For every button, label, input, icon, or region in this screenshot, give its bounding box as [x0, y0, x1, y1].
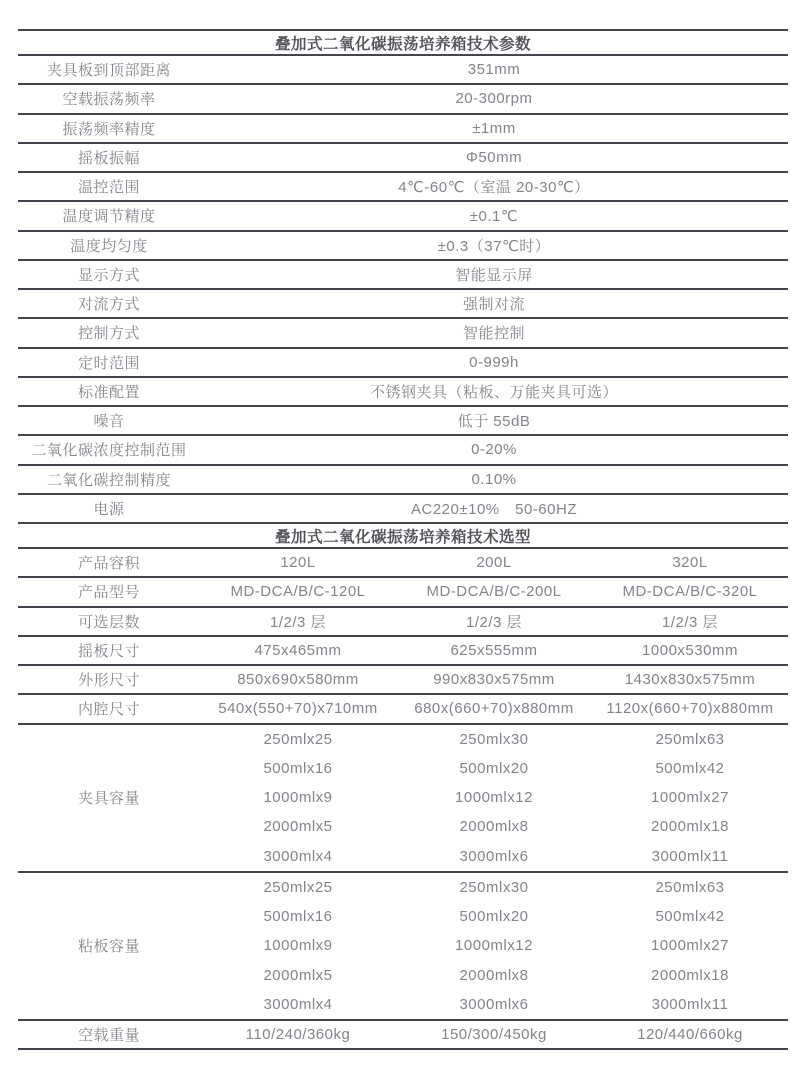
capacity-line: 500mlx20: [396, 754, 592, 783]
capacity-line: 2000mlx8: [396, 961, 592, 990]
spec-label: 对流方式: [18, 293, 200, 314]
weight-320l: 120/440/660kg: [592, 1026, 788, 1043]
spec-row: 振荡频率精度 ±1mm: [18, 115, 788, 144]
selection-label: 空载重量: [18, 1024, 200, 1045]
capacity-line: 3000mlx6: [396, 990, 592, 1019]
plate-capacity-group-row: 粘板容量 250mlx25 500mlx16 1000mlx9 2000mlx5…: [18, 873, 788, 1021]
spec-label: 控制方式: [18, 322, 200, 343]
spec-row: 摇板振幅 Φ50mm: [18, 144, 788, 173]
plate-capacity-320l: 250mlx63 500mlx42 1000mlx27 2000mlx18 30…: [592, 873, 788, 1019]
jig-capacity-group-row: 夹具容量 250mlx25 500mlx16 1000mlx9 2000mlx5…: [18, 725, 788, 873]
capacity-line: 3000mlx11: [592, 990, 788, 1019]
spec-value: 0-20%: [200, 441, 788, 458]
spec-value: 0.10%: [200, 471, 788, 488]
capacity-line: 250mlx25: [200, 873, 396, 902]
params-table-title-row: 叠加式二氧化碳振荡培养箱技术参数: [18, 31, 788, 56]
spec-row: 对流方式 强制对流: [18, 290, 788, 319]
selection-row: 产品容积 120L 200L 320L: [18, 549, 788, 578]
capacity-line: 500mlx42: [592, 902, 788, 931]
spec-label: 空载振荡频率: [18, 88, 200, 109]
capacity-line: 250mlx25: [200, 725, 396, 754]
capacity-line: 2000mlx8: [396, 812, 592, 841]
selection-value-320l: 1/2/3 层: [592, 611, 788, 632]
spec-row: 空载振荡频率 20-300rpm: [18, 85, 788, 114]
capacity-line: 500mlx16: [200, 902, 396, 931]
selection-label: 粘板容量: [18, 935, 200, 956]
spec-label: 二氧化碳浓度控制范围: [18, 439, 200, 460]
capacity-line: 250mlx63: [592, 725, 788, 754]
selection-value-320l: 1430x830x575mm: [592, 671, 788, 688]
capacity-line: 2000mlx5: [200, 812, 396, 841]
spec-label: 电源: [18, 498, 200, 519]
capacity-line: 3000mlx11: [592, 842, 788, 871]
spec-value: ±0.3（37℃时）: [200, 235, 788, 256]
spec-row: 温控范围 4℃-60℃（室温 20-30℃）: [18, 173, 788, 202]
spec-value: 351mm: [200, 61, 788, 78]
selection-label: 夹具容量: [18, 787, 200, 808]
spec-label: 标准配置: [18, 381, 200, 402]
weight-row: 空载重量 110/240/360kg 150/300/450kg 120/440…: [18, 1021, 788, 1050]
jig-capacity-320l: 250mlx63 500mlx42 1000mlx27 2000mlx18 30…: [592, 725, 788, 871]
selection-label: 摇板尺寸: [18, 640, 200, 661]
selection-value-320l: 1120x(660+70)x880mm: [592, 700, 788, 717]
selection-value-120l: MD-DCA/B/C-120L: [200, 583, 396, 600]
selection-label: 可选层数: [18, 611, 200, 632]
spec-row: 夹具板到顶部距离 351mm: [18, 56, 788, 85]
spec-label: 温度均匀度: [18, 235, 200, 256]
spec-label: 定时范围: [18, 352, 200, 373]
selection-value-320l: MD-DCA/B/C-320L: [592, 583, 788, 600]
selection-row: 摇板尺寸 475x465mm 625x555mm 1000x530mm: [18, 637, 788, 666]
spec-label: 夹具板到顶部距离: [18, 59, 200, 80]
capacity-line: 2000mlx5: [200, 961, 396, 990]
capacity-line: 3000mlx4: [200, 990, 396, 1019]
spec-value: 低于 55dB: [200, 410, 788, 431]
capacity-line: 250mlx30: [396, 873, 592, 902]
spec-value: AC220±10% 50-60HZ: [200, 498, 788, 519]
params-table-title: 叠加式二氧化碳振荡培养箱技术参数: [275, 32, 531, 54]
spec-value: 不锈钢夹具（粘板、万能夹具可选）: [200, 381, 788, 402]
spec-label: 摇板振幅: [18, 147, 200, 168]
spec-value: 强制对流: [200, 293, 788, 314]
selection-value-120l: 850x690x580mm: [200, 671, 396, 688]
capacity-line: 250mlx63: [592, 873, 788, 902]
selection-row: 可选层数 1/2/3 层 1/2/3 层 1/2/3 层: [18, 608, 788, 637]
capacity-line: 1000mlx27: [592, 931, 788, 960]
spec-value: ±0.1℃: [200, 207, 788, 225]
spec-row: 定时范围 0-999h: [18, 349, 788, 378]
spec-sheet: 叠加式二氧化碳振荡培养箱技术参数 夹具板到顶部距离 351mm 空载振荡频率 2…: [18, 29, 788, 1050]
spec-row: 电源 AC220±10% 50-60HZ: [18, 495, 788, 524]
selection-value-120l: 120L: [200, 554, 396, 571]
selection-table-title: 叠加式二氧化碳振荡培养箱技术选型: [275, 525, 531, 547]
spec-value: 0-999h: [200, 354, 788, 371]
spec-label: 显示方式: [18, 264, 200, 285]
selection-value-320l: 320L: [592, 554, 788, 571]
spec-row: 二氧化碳控制精度 0.10%: [18, 466, 788, 495]
capacity-line: 500mlx16: [200, 754, 396, 783]
capacity-line: 2000mlx18: [592, 812, 788, 841]
selection-row: 外形尺寸 850x690x580mm 990x830x575mm 1430x83…: [18, 666, 788, 695]
selection-value-320l: 1000x530mm: [592, 642, 788, 659]
spec-label: 二氧化碳控制精度: [18, 469, 200, 490]
selection-value-120l: 540x(550+70)x710mm: [200, 700, 396, 717]
spec-value: 4℃-60℃（室温 20-30℃）: [200, 176, 788, 197]
capacity-line: 1000mlx12: [396, 783, 592, 812]
spec-label: 温控范围: [18, 176, 200, 197]
selection-value-200l: 680x(660+70)x880mm: [396, 700, 592, 717]
selection-value-200l: MD-DCA/B/C-200L: [396, 583, 592, 600]
capacity-line: 250mlx30: [396, 725, 592, 754]
capacity-line: 3000mlx4: [200, 842, 396, 871]
weight-120l: 110/240/360kg: [200, 1026, 396, 1043]
spec-row: 控制方式 智能控制: [18, 319, 788, 348]
capacity-line: 3000mlx6: [396, 842, 592, 871]
plate-capacity-200l: 250mlx30 500mlx20 1000mlx12 2000mlx8 300…: [396, 873, 592, 1019]
selection-value-200l: 990x830x575mm: [396, 671, 592, 688]
spec-value: Φ50mm: [200, 149, 788, 166]
spec-value: 20-300rpm: [200, 90, 788, 107]
selection-value-120l: 1/2/3 层: [200, 611, 396, 632]
capacity-line: 500mlx42: [592, 754, 788, 783]
capacity-line: 2000mlx18: [592, 961, 788, 990]
capacity-line: 500mlx20: [396, 902, 592, 931]
selection-label: 产品容积: [18, 552, 200, 573]
selection-label: 外形尺寸: [18, 669, 200, 690]
spec-label: 噪音: [18, 410, 200, 431]
selection-value-120l: 475x465mm: [200, 642, 396, 659]
spec-label: 温度调节精度: [18, 205, 200, 226]
spec-row: 标准配置 不锈钢夹具（粘板、万能夹具可选）: [18, 378, 788, 407]
spec-value: 智能控制: [200, 322, 788, 343]
spec-label: 振荡频率精度: [18, 118, 200, 139]
spec-row: 温度调节精度 ±0.1℃: [18, 202, 788, 231]
spec-row: 噪音 低于 55dB: [18, 407, 788, 436]
jig-capacity-200l: 250mlx30 500mlx20 1000mlx12 2000mlx8 300…: [396, 725, 592, 871]
selection-row: 产品型号 MD-DCA/B/C-120L MD-DCA/B/C-200L MD-…: [18, 578, 788, 607]
capacity-line: 1000mlx9: [200, 783, 396, 812]
jig-capacity-120l: 250mlx25 500mlx16 1000mlx9 2000mlx5 3000…: [200, 725, 396, 871]
selection-label: 产品型号: [18, 581, 200, 602]
capacity-line: 1000mlx12: [396, 931, 592, 960]
capacity-line: 1000mlx9: [200, 931, 396, 960]
selection-value-200l: 625x555mm: [396, 642, 592, 659]
spec-value: ±1mm: [200, 120, 788, 137]
selection-row: 内腔尺寸 540x(550+70)x710mm 680x(660+70)x880…: [18, 695, 788, 724]
spec-value: 智能显示屏: [200, 264, 788, 285]
weight-200l: 150/300/450kg: [396, 1026, 592, 1043]
spec-row: 显示方式 智能显示屏: [18, 261, 788, 290]
selection-label: 内腔尺寸: [18, 698, 200, 719]
selection-value-200l: 1/2/3 层: [396, 611, 592, 632]
spec-row: 温度均匀度 ±0.3（37℃时）: [18, 232, 788, 261]
selection-table-title-row: 叠加式二氧化碳振荡培养箱技术选型: [18, 524, 788, 549]
spec-row: 二氧化碳浓度控制范围 0-20%: [18, 436, 788, 465]
capacity-line: 1000mlx27: [592, 783, 788, 812]
selection-value-200l: 200L: [396, 554, 592, 571]
plate-capacity-120l: 250mlx25 500mlx16 1000mlx9 2000mlx5 3000…: [200, 873, 396, 1019]
